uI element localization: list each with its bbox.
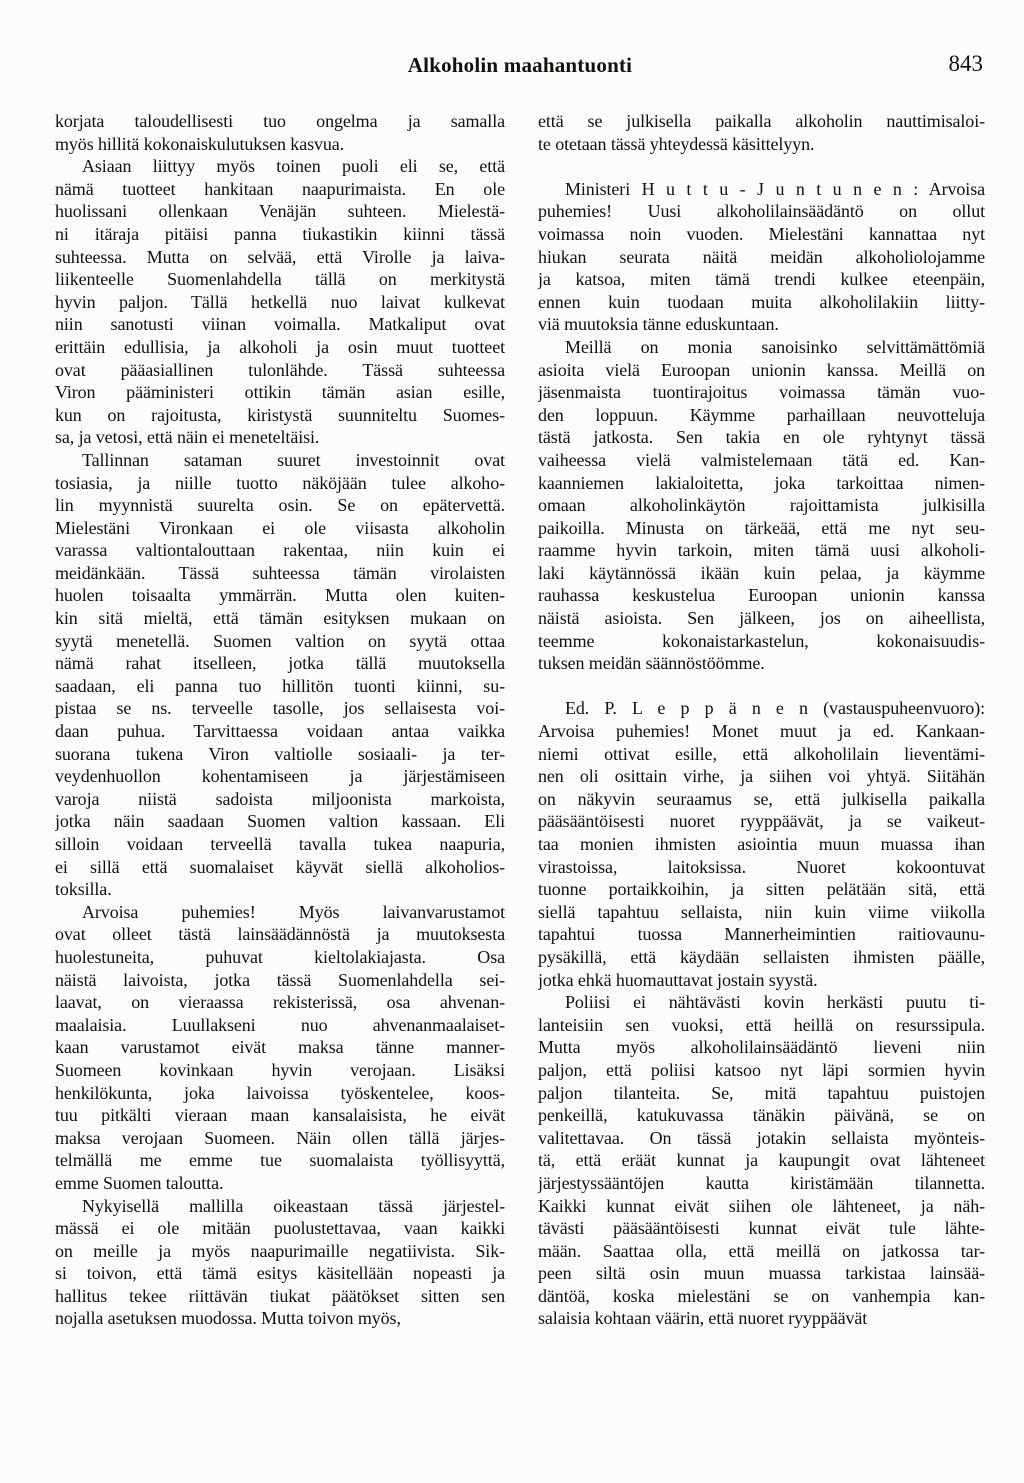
text-line: kin sitä mieltä, että tämän esityksen mu… xyxy=(55,607,505,630)
text-line: huolestuneita, puhuvat kieltolakiajasta.… xyxy=(55,946,505,969)
text-line: pysäkillä, että käydään sellaisten ihmis… xyxy=(538,946,985,969)
text-line: nojalla asetuksen muodossa. Mutta toivon… xyxy=(55,1307,505,1330)
text-line: niemi ottivat esille, että alkoholilain … xyxy=(538,743,985,766)
text-line: valitettavaa. On tässä jotakin sellaista… xyxy=(538,1127,985,1150)
text-line: vaiheessa vielä valmistelemaan tätä ed. … xyxy=(538,449,985,472)
text-line: lin myynnistä suurelta osin. Se on epäte… xyxy=(55,494,505,517)
paragraph: korjata taloudellisesti tuo ongelma ja s… xyxy=(55,110,505,155)
text-line: että se julkisella paikalla alkoholin na… xyxy=(538,110,985,133)
text-line: Ministeri H u t t u - J u n t u n e n : … xyxy=(538,178,985,201)
text-line: mässä ei ole mitään puolustettavaa, vaan… xyxy=(55,1217,505,1240)
text-line: den loppuun. Käymme parhaillaan neuvotte… xyxy=(538,404,985,427)
text-line: liikenteelle Suomenlahdella tällä on mer… xyxy=(55,268,505,291)
page-header: Alkoholin maahantuonti 843 xyxy=(55,52,985,80)
text-line: suhteessa. Mutta on selvää, että Virolle… xyxy=(55,246,505,269)
text-line: hyvin paljon. Tällä hetkellä nuo laivat … xyxy=(55,291,505,314)
text-line: kun on rajoitusta, kiristystä suunnitelt… xyxy=(55,404,505,427)
text-line: laavat, on vieraassa rekisterissä, osa a… xyxy=(55,991,505,1014)
text-line: erittäin edullisia, ja alkoholi ja osin … xyxy=(55,336,505,359)
text-line: ovat pääasiallinen tulonlähde. Tässä suh… xyxy=(55,359,505,382)
text-line: laki käytännössä ikään kuin pelaa, ja kä… xyxy=(538,562,985,585)
text-line: veydenhuollon kohentamiseen ja järjestäm… xyxy=(55,765,505,788)
running-title: Alkoholin maahantuonti xyxy=(55,52,985,78)
text-line: nen oli osittain virhe, ja siihen voi yh… xyxy=(538,765,985,788)
text-line: te otetaan tässä yhteydessä käsittelyyn. xyxy=(538,133,985,156)
text-columns: korjata taloudellisesti tuo ongelma ja s… xyxy=(55,110,985,1330)
text-line: hallitus tekee riittävän tiukat päätökse… xyxy=(55,1285,505,1308)
paragraph: Ed. P. L e p p ä n e n (vastauspuheenvuo… xyxy=(538,697,985,991)
column-left: korjata taloudellisesti tuo ongelma ja s… xyxy=(55,110,505,1330)
paragraph: Meillä on monia sanoisinko selvittämättö… xyxy=(538,336,985,675)
text-line: rauhassa keskustelua Euroopan unionin ka… xyxy=(538,584,985,607)
text-line: Mutta myös alkoholilainsäädäntö lieveni … xyxy=(538,1036,985,1059)
text-line: peen siltä osin muun muassa tarkistaa la… xyxy=(538,1262,985,1285)
text-line: Viron pääministeri ottikin tämän asian e… xyxy=(55,381,505,404)
text-line: kaanniemen lakialoitetta, joka tarkoitta… xyxy=(538,472,985,495)
text-line: sa, ja vetosi, että näin ei meneteltäisi… xyxy=(55,426,505,449)
text-line: huolen toisaalta ymmärrän. Mutta olen ku… xyxy=(55,584,505,607)
text-line: maksa verojaan Suomeen. Näin ollen tällä… xyxy=(55,1127,505,1150)
paragraph: Arvoisa puhemies! Myös laivanvarustamoto… xyxy=(55,901,505,1195)
text-line: ni itäraja pitäisi panna tiukastikin kii… xyxy=(55,223,505,246)
text-line: myös hillitä kokonaiskulutuksen kasvua. xyxy=(55,133,505,156)
text-line: ei sillä että suomalaiset käyvät siellä … xyxy=(55,856,505,879)
text-line: tuu pitkälti vieraan maan kansalaisista,… xyxy=(55,1104,505,1127)
text-line: paikoilla. Minusta on tärkeää, että me n… xyxy=(538,517,985,540)
text-line: jotka näin saadaan Suomen valtion kassaa… xyxy=(55,810,505,833)
text-line: tapahtui tuossa Mannerheimintien raitiov… xyxy=(538,923,985,946)
text-line: tävästi pääsääntöisesti kunnat eivät tul… xyxy=(538,1217,985,1240)
text-line: tuksen meidän säännöstöömme. xyxy=(538,652,985,675)
text-line: Nykyisellä mallilla oikeastaan tässä jär… xyxy=(55,1195,505,1218)
text-line: on näkyvin seuraamus se, että julkisella… xyxy=(538,788,985,811)
text-line: varassa valtiontalouttaan rakentaa, niin… xyxy=(55,539,505,562)
text-line: järjestyssääntöjen kautta kiristämään ti… xyxy=(538,1172,985,1195)
text-line: taa monien ihmisten asiointia muun muass… xyxy=(538,833,985,856)
text-line: telmällä me emme tue suomalaista työllis… xyxy=(55,1149,505,1172)
paragraph: Ministeri H u t t u - J u n t u n e n : … xyxy=(538,178,985,336)
text-line: Ed. P. L e p p ä n e n (vastauspuheenvuo… xyxy=(538,697,985,720)
text-line: lanteisiin sen vuoksi, että heillä on re… xyxy=(538,1014,985,1037)
text-line: asioita vielä Euroopan unionin kanssa. M… xyxy=(538,359,985,382)
text-line: siellä tapahtuu sellaista, niin kuin vii… xyxy=(538,901,985,924)
text-line: Tallinnan sataman suuret investoinnit ov… xyxy=(55,449,505,472)
text-line: tä, että eräät kunnat ja kaupungit ovat … xyxy=(538,1149,985,1172)
text-line: daan puhua. Tarvittaessa voidaan antaa v… xyxy=(55,720,505,743)
text-line: mään. Saattaa olla, että meillä on jatko… xyxy=(538,1240,985,1263)
page-number: 843 xyxy=(949,51,984,77)
text-line: nämä rahat itselleen, jotka tällä muutok… xyxy=(55,652,505,675)
paragraph: Asiaan liittyy myös toinen puoli eli se,… xyxy=(55,155,505,449)
text-line: penkeillä, katukuvassa tänäkin päivänä, … xyxy=(538,1104,985,1127)
text-line: paljon tilanteita. Se, mitä tapahtuu pui… xyxy=(538,1082,985,1105)
text-line: jäsenmaista tuontirajoitus voimassa tämä… xyxy=(538,381,985,404)
text-line: silloin voidaan terveellä tavalla tukea … xyxy=(55,833,505,856)
text-line: tuonne portaikkoihin, ja sitten pelätään… xyxy=(538,878,985,901)
text-line: huolissani ollenkaan Venäjän suhteen. Mi… xyxy=(55,200,505,223)
text-line: pääsääntöisesti nuoret ryyppäävät, ja se… xyxy=(538,810,985,833)
text-line: omaan alkoholinkäytön rajoittamista julk… xyxy=(538,494,985,517)
text-line: Poliisi ei nähtävästi kovin herkästi puu… xyxy=(538,991,985,1014)
paragraph: Tallinnan sataman suuret investoinnit ov… xyxy=(55,449,505,901)
text-line: näistä asioista. Sen jälkeen, jos on aih… xyxy=(538,607,985,630)
document-page: Alkoholin maahantuonti 843 korjata talou… xyxy=(0,0,1024,1483)
text-line: hiukan seurata näitä meidän alkoholioloj… xyxy=(538,246,985,269)
text-line: Asiaan liittyy myös toinen puoli eli se,… xyxy=(55,155,505,178)
text-line: kaan varustamot eivät maksa tänne manner… xyxy=(55,1036,505,1059)
text-line: tosiasia, ja niille tuotto näköjään tule… xyxy=(55,472,505,495)
text-line: salaisia kohtaan väärin, että nuoret ryy… xyxy=(538,1307,985,1330)
text-line: si toivon, että tämä esitys käsitellään … xyxy=(55,1262,505,1285)
text-line: syytä menetellä. Suomen valtion on syytä… xyxy=(55,630,505,653)
text-line: teemme kokonaistarkastelun, kokonaisuudi… xyxy=(538,630,985,653)
text-line: jotka ehkä huomauttavat jostain syystä. xyxy=(538,969,985,992)
text-line: korjata taloudellisesti tuo ongelma ja s… xyxy=(55,110,505,133)
text-line: voimassa noin vuoden. Mielestäni kannatt… xyxy=(538,223,985,246)
text-line: Suomeen kovinkaan hyvin verojaan. Lisäks… xyxy=(55,1059,505,1082)
text-line: emme Suomen taloutta. xyxy=(55,1172,505,1195)
text-line: varoja niistä sadoista miljoonista marko… xyxy=(55,788,505,811)
text-line: paljon, että poliisi katsoo nyt läpi sor… xyxy=(538,1059,985,1082)
text-line: pistaa se ns. terveelle tasolle, jos sel… xyxy=(55,697,505,720)
text-line: Arvoisa puhemies! Monet muut ja ed. Kank… xyxy=(538,720,985,743)
text-line: Meillä on monia sanoisinko selvittämättö… xyxy=(538,336,985,359)
paragraph: Nykyisellä mallilla oikeastaan tässä jär… xyxy=(55,1195,505,1331)
paragraph: että se julkisella paikalla alkoholin na… xyxy=(538,110,985,155)
column-right: että se julkisella paikalla alkoholin na… xyxy=(538,110,985,1330)
text-line: Arvoisa puhemies! Myös laivanvarustamot xyxy=(55,901,505,924)
text-line: tästä jatkosta. Sen takia en ole ryhtyny… xyxy=(538,426,985,449)
text-line: maalaisia. Luullakseni nuo ahvenanmaalai… xyxy=(55,1014,505,1037)
text-line: Kaikki kunnat eivät siihen ole lähteneet… xyxy=(538,1195,985,1218)
text-line: ovat olleet tästä lainsäädännöstä ja muu… xyxy=(55,923,505,946)
text-line: viä muutoksia tänne eduskuntaan. xyxy=(538,313,985,336)
text-line: on meille ja myös naapurimaille negatiiv… xyxy=(55,1240,505,1263)
text-line: suorana tukena Viron valtiolle sosiaali-… xyxy=(55,743,505,766)
text-line: virastoissa, laitoksissa. Nuoret kokoont… xyxy=(538,856,985,879)
text-line: Mielestäni Vironkaan ei ole viisasta alk… xyxy=(55,517,505,540)
text-line: puhemies! Uusi alkoholilainsäädäntö on o… xyxy=(538,200,985,223)
text-line: däntöä, koska mielestäni se on vanhempia… xyxy=(538,1285,985,1308)
text-line: meidänkään. Tässä suhteessa tämän virola… xyxy=(55,562,505,585)
text-line: raamme hyvin tarkoin, miten tämä uusi al… xyxy=(538,539,985,562)
text-line: näistä laivoista, jotka tässä Suomenlahd… xyxy=(55,969,505,992)
text-line: toksilla. xyxy=(55,878,505,901)
text-line: henkilökunta, joka laivoissa työskentele… xyxy=(55,1082,505,1105)
text-line: saadaan, eli panna tuo hillitön tuonti k… xyxy=(55,675,505,698)
paragraph: Poliisi ei nähtävästi kovin herkästi puu… xyxy=(538,991,985,1330)
text-line: nämä tuotteet hankitaan naapurimaista. E… xyxy=(55,178,505,201)
text-line: ja katsoa, miten tämä trendi kulkee etee… xyxy=(538,268,985,291)
text-line: ennen kuin tuodaan muita alkoholilakiin … xyxy=(538,291,985,314)
text-line: niin sanotusti viinan voimalla. Matkalip… xyxy=(55,313,505,336)
